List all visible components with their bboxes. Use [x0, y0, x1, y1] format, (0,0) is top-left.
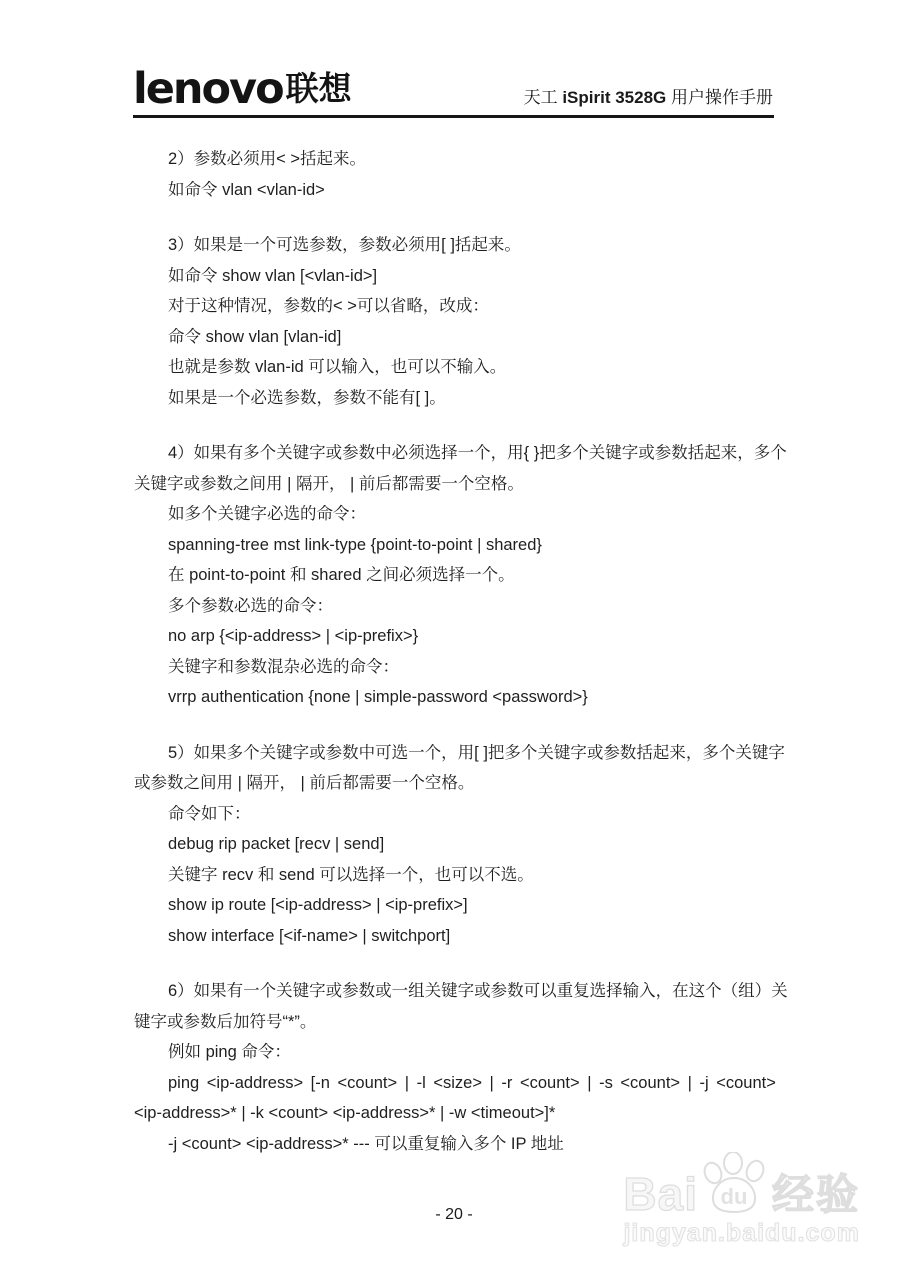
document-title-model: iSpirit 3528G [562, 88, 666, 107]
document-line: show interface [<if-name> | switchport] [134, 921, 774, 952]
document-line: 命令 show vlan [vlan-id] [134, 322, 774, 353]
document-line: 也就是参数 vlan-id 可以输入，也可以不输入。 [134, 352, 774, 383]
baidu-jingyan-watermark: Bai du 经验 jingyan.baidu.com [623, 1152, 860, 1248]
document-line: 如命令 vlan <vlan-id> [134, 175, 774, 206]
document-line: 6）如果有一个关键字或参数或一组关键字或参数可以重复选择输入，在这个（组）关 [134, 976, 774, 1007]
baidu-paw-du-text: du [721, 1184, 748, 1209]
document-title-suffix: 用户操作手册 [666, 88, 773, 107]
document-line: 多个参数必选的命令： [134, 591, 774, 622]
document-line: 例如 ping 命令： [134, 1037, 774, 1068]
baidu-watermark-jingyan: 经验 [772, 1173, 860, 1217]
document-line: 2）参数必须用< >括起来。 [134, 144, 774, 175]
document-line: 3）如果是一个可选参数，参数必须用[ ]括起来。 [134, 230, 774, 261]
baidu-paw-icon: du [700, 1152, 770, 1219]
document-line: 4）如果有多个关键字或参数中必须选择一个，用{ }把多个关键字或参数括起来，多个 [134, 438, 774, 469]
document-line: 关键字和参数混杂必选的命令： [134, 652, 774, 683]
header-divider [133, 115, 774, 118]
document-line: 如命令 show vlan [<vlan-id>] [134, 261, 774, 292]
document-title-prefix: 天工 [524, 88, 563, 107]
document-line: 或参数之间用 | 隔开， | 前后都需要一个空格。 [134, 768, 774, 799]
document-line: <ip-address>* | -k <count> <ip-address>*… [134, 1098, 774, 1129]
document-line: ping <ip-address> [-n <count> | -l <size… [134, 1068, 774, 1099]
document-line: show ip route [<ip-address> | <ip-prefix… [134, 890, 774, 921]
lenovo-logo-cjk: 联想 [286, 70, 352, 107]
document-line: 如多个关键字必选的命令： [134, 499, 774, 530]
document-line: 关键字或参数之间用 | 隔开， | 前后都需要一个空格。 [134, 469, 774, 500]
document-line: 如果是一个必选参数，参数不能有[ ]。 [134, 383, 774, 414]
document-line: 命令如下： [134, 799, 774, 830]
document-line: 对于这种情况，参数的< >可以省略，改成： [134, 291, 774, 322]
manual-page: lenovo联想 天工 iSpirit 3528G 用户操作手册 2）参数必须用… [0, 0, 904, 1280]
document-line: debug rip packet [recv | send] [134, 829, 774, 860]
baidu-watermark-brand: Bai du 经验 [623, 1152, 860, 1217]
baidu-watermark-bai: Bai [623, 1171, 698, 1217]
document-line: vrrp authentication {none | simple-passw… [134, 682, 774, 713]
baidu-watermark-url: jingyan.baidu.com [623, 1219, 860, 1248]
document-title: 天工 iSpirit 3528G 用户操作手册 [524, 83, 773, 108]
document-line: no arp {<ip-address> | <ip-prefix>} [134, 621, 774, 652]
lenovo-logo-latin: lenovo [133, 64, 283, 114]
document-line: 5）如果多个关键字或参数中可选一个，用[ ]把多个关键字或参数括起来，多个关键字 [134, 738, 774, 769]
lenovo-logo: lenovo联想 [133, 64, 352, 114]
document-line: spanning-tree mst link-type {point-to-po… [134, 530, 774, 561]
document-line: 键字或参数后加符号“*”。 [134, 1007, 774, 1038]
page-header: lenovo联想 天工 iSpirit 3528G 用户操作手册 [133, 68, 773, 116]
document-body: 2）参数必须用< >括起来。如命令 vlan <vlan-id>3）如果是一个可… [134, 144, 774, 1159]
document-line: 在 point-to-point 和 shared 之间必须选择一个。 [134, 560, 774, 591]
document-line: 关键字 recv 和 send 可以选择一个，也可以不选。 [134, 860, 774, 891]
